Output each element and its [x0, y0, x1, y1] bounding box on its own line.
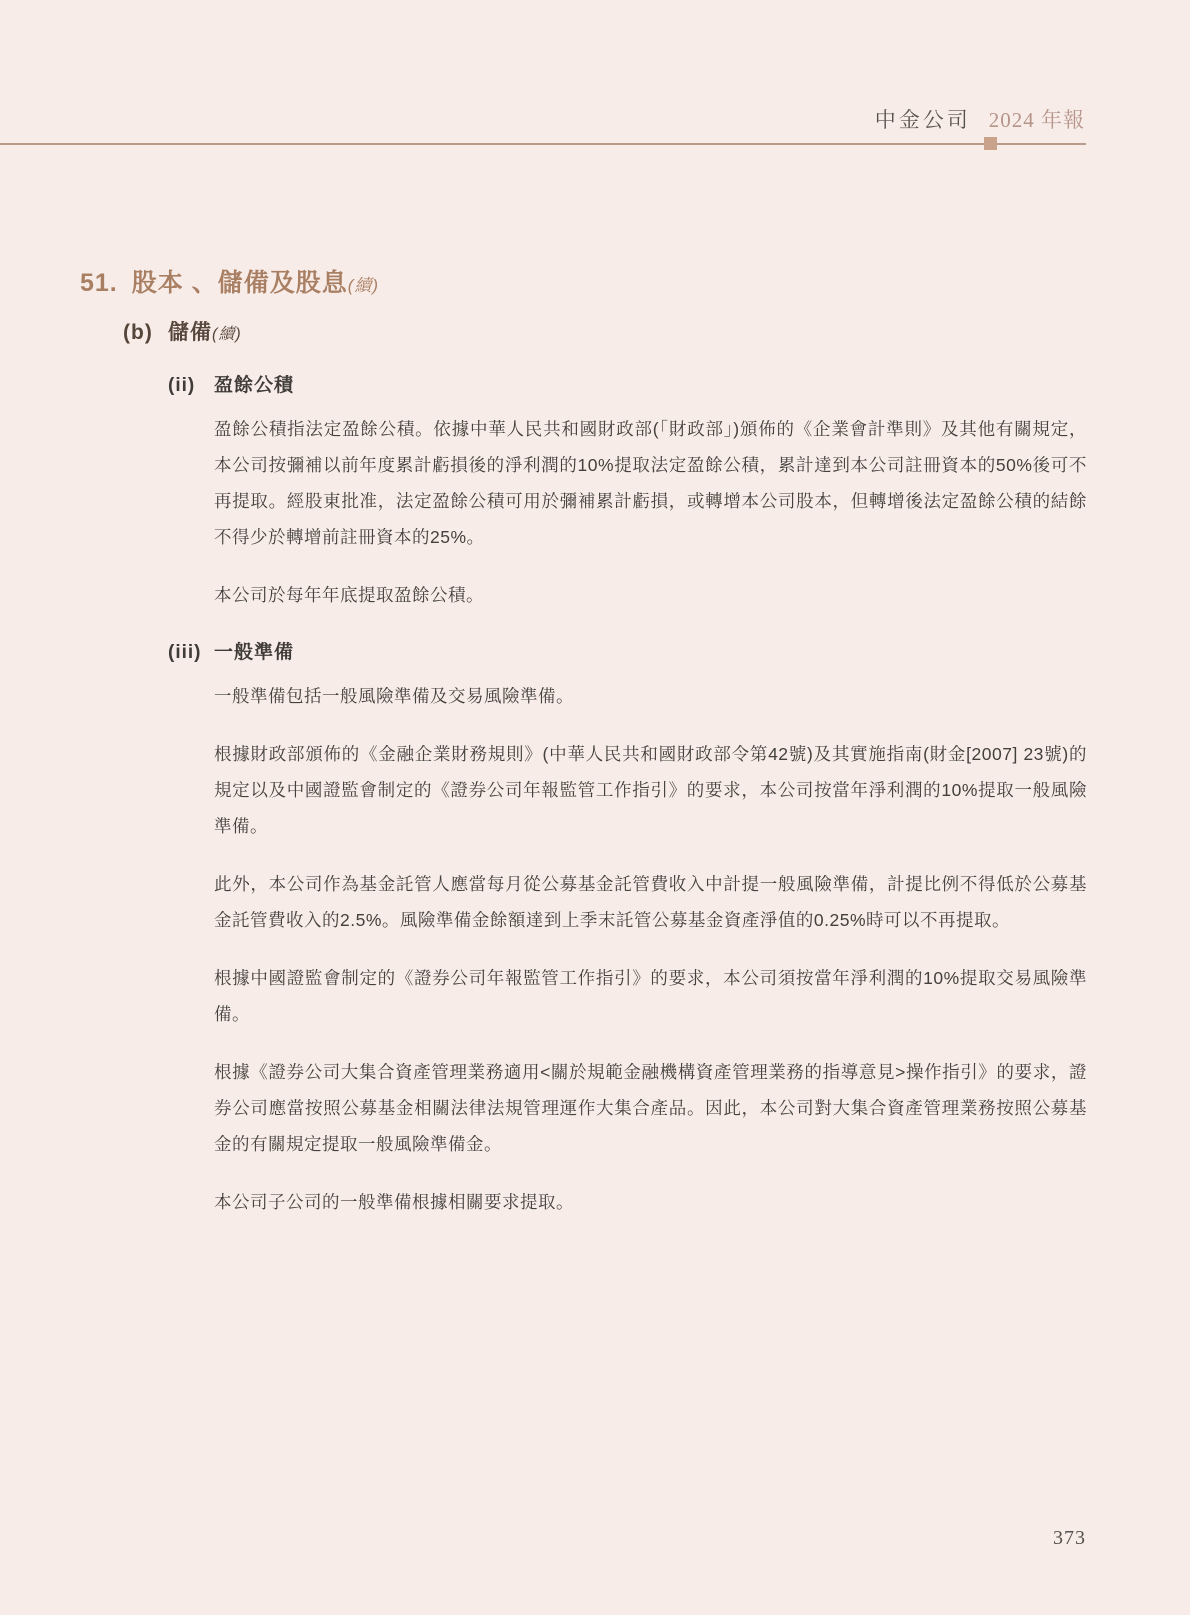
document-page: { "colors": { "background": "#f8ece8", "…	[0, 0, 1190, 1615]
paragraph: 根據《證券公司大集合資產管理業務適用<關於規範金融機構資產管理業務的指導意見>操…	[214, 1054, 1087, 1162]
report-year: 2024 年報	[989, 108, 1085, 132]
section-title: 股本 、儲備及股息	[132, 269, 348, 297]
header-rule-square	[984, 137, 997, 150]
note-content: 51.股本 、儲備及股息(續) (b)儲備(續) (ii)盈餘公積 盈餘公積指法…	[80, 263, 1087, 1220]
item-heading: (ii)盈餘公積	[168, 370, 1087, 397]
item-label: (ii)	[168, 375, 214, 397]
subsection-continued: (續)	[212, 326, 242, 343]
paragraph: 本公司子公司的一般準備根據相關要求提取。	[214, 1184, 1087, 1220]
item-heading: (iii)一般準備	[168, 637, 1087, 664]
item-title: 一般準備	[214, 642, 294, 663]
paragraph: 本公司於每年年底提取盈餘公積。	[214, 577, 1087, 613]
item-surplus-reserve: (ii)盈餘公積 盈餘公積指法定盈餘公積。依據中華人民共和國財政部(「財政部」)…	[168, 370, 1087, 613]
page-header: 中金公司2024 年報	[875, 104, 1085, 134]
page-number: 373	[1053, 1527, 1086, 1550]
subsection-label: (b)	[123, 321, 168, 345]
subsection-heading: (b)儲備(續)	[123, 316, 1087, 346]
section-heading: 51.股本 、儲備及股息(續)	[80, 263, 1087, 299]
item-title: 盈餘公積	[214, 375, 294, 396]
section-continued: (續)	[348, 276, 379, 295]
paragraph: 一般準備包括一般風險準備及交易風險準備。	[214, 678, 1087, 714]
header-rule	[0, 143, 1086, 145]
item-label: (iii)	[168, 642, 214, 664]
paragraph: 此外，本公司作為基金託管人應當每月從公募基金託管費收入中計提一般風險準備，計提比…	[214, 866, 1087, 938]
paragraph: 根據財政部頒佈的《金融企業財務規則》(中華人民共和國財政部令第42號)及其實施指…	[214, 736, 1087, 844]
company-name: 中金公司	[875, 108, 971, 132]
subsection-title: 儲備	[168, 321, 212, 344]
item-general-reserve: (iii)一般準備 一般準備包括一般風險準備及交易風險準備。 根據財政部頒佈的《…	[168, 637, 1087, 1220]
paragraph: 盈餘公積指法定盈餘公積。依據中華人民共和國財政部(「財政部」)頒佈的《企業會計準…	[214, 411, 1087, 555]
paragraph: 根據中國證監會制定的《證券公司年報監管工作指引》的要求，本公司須按當年淨利潤的1…	[214, 960, 1087, 1032]
section-number: 51.	[80, 269, 118, 297]
